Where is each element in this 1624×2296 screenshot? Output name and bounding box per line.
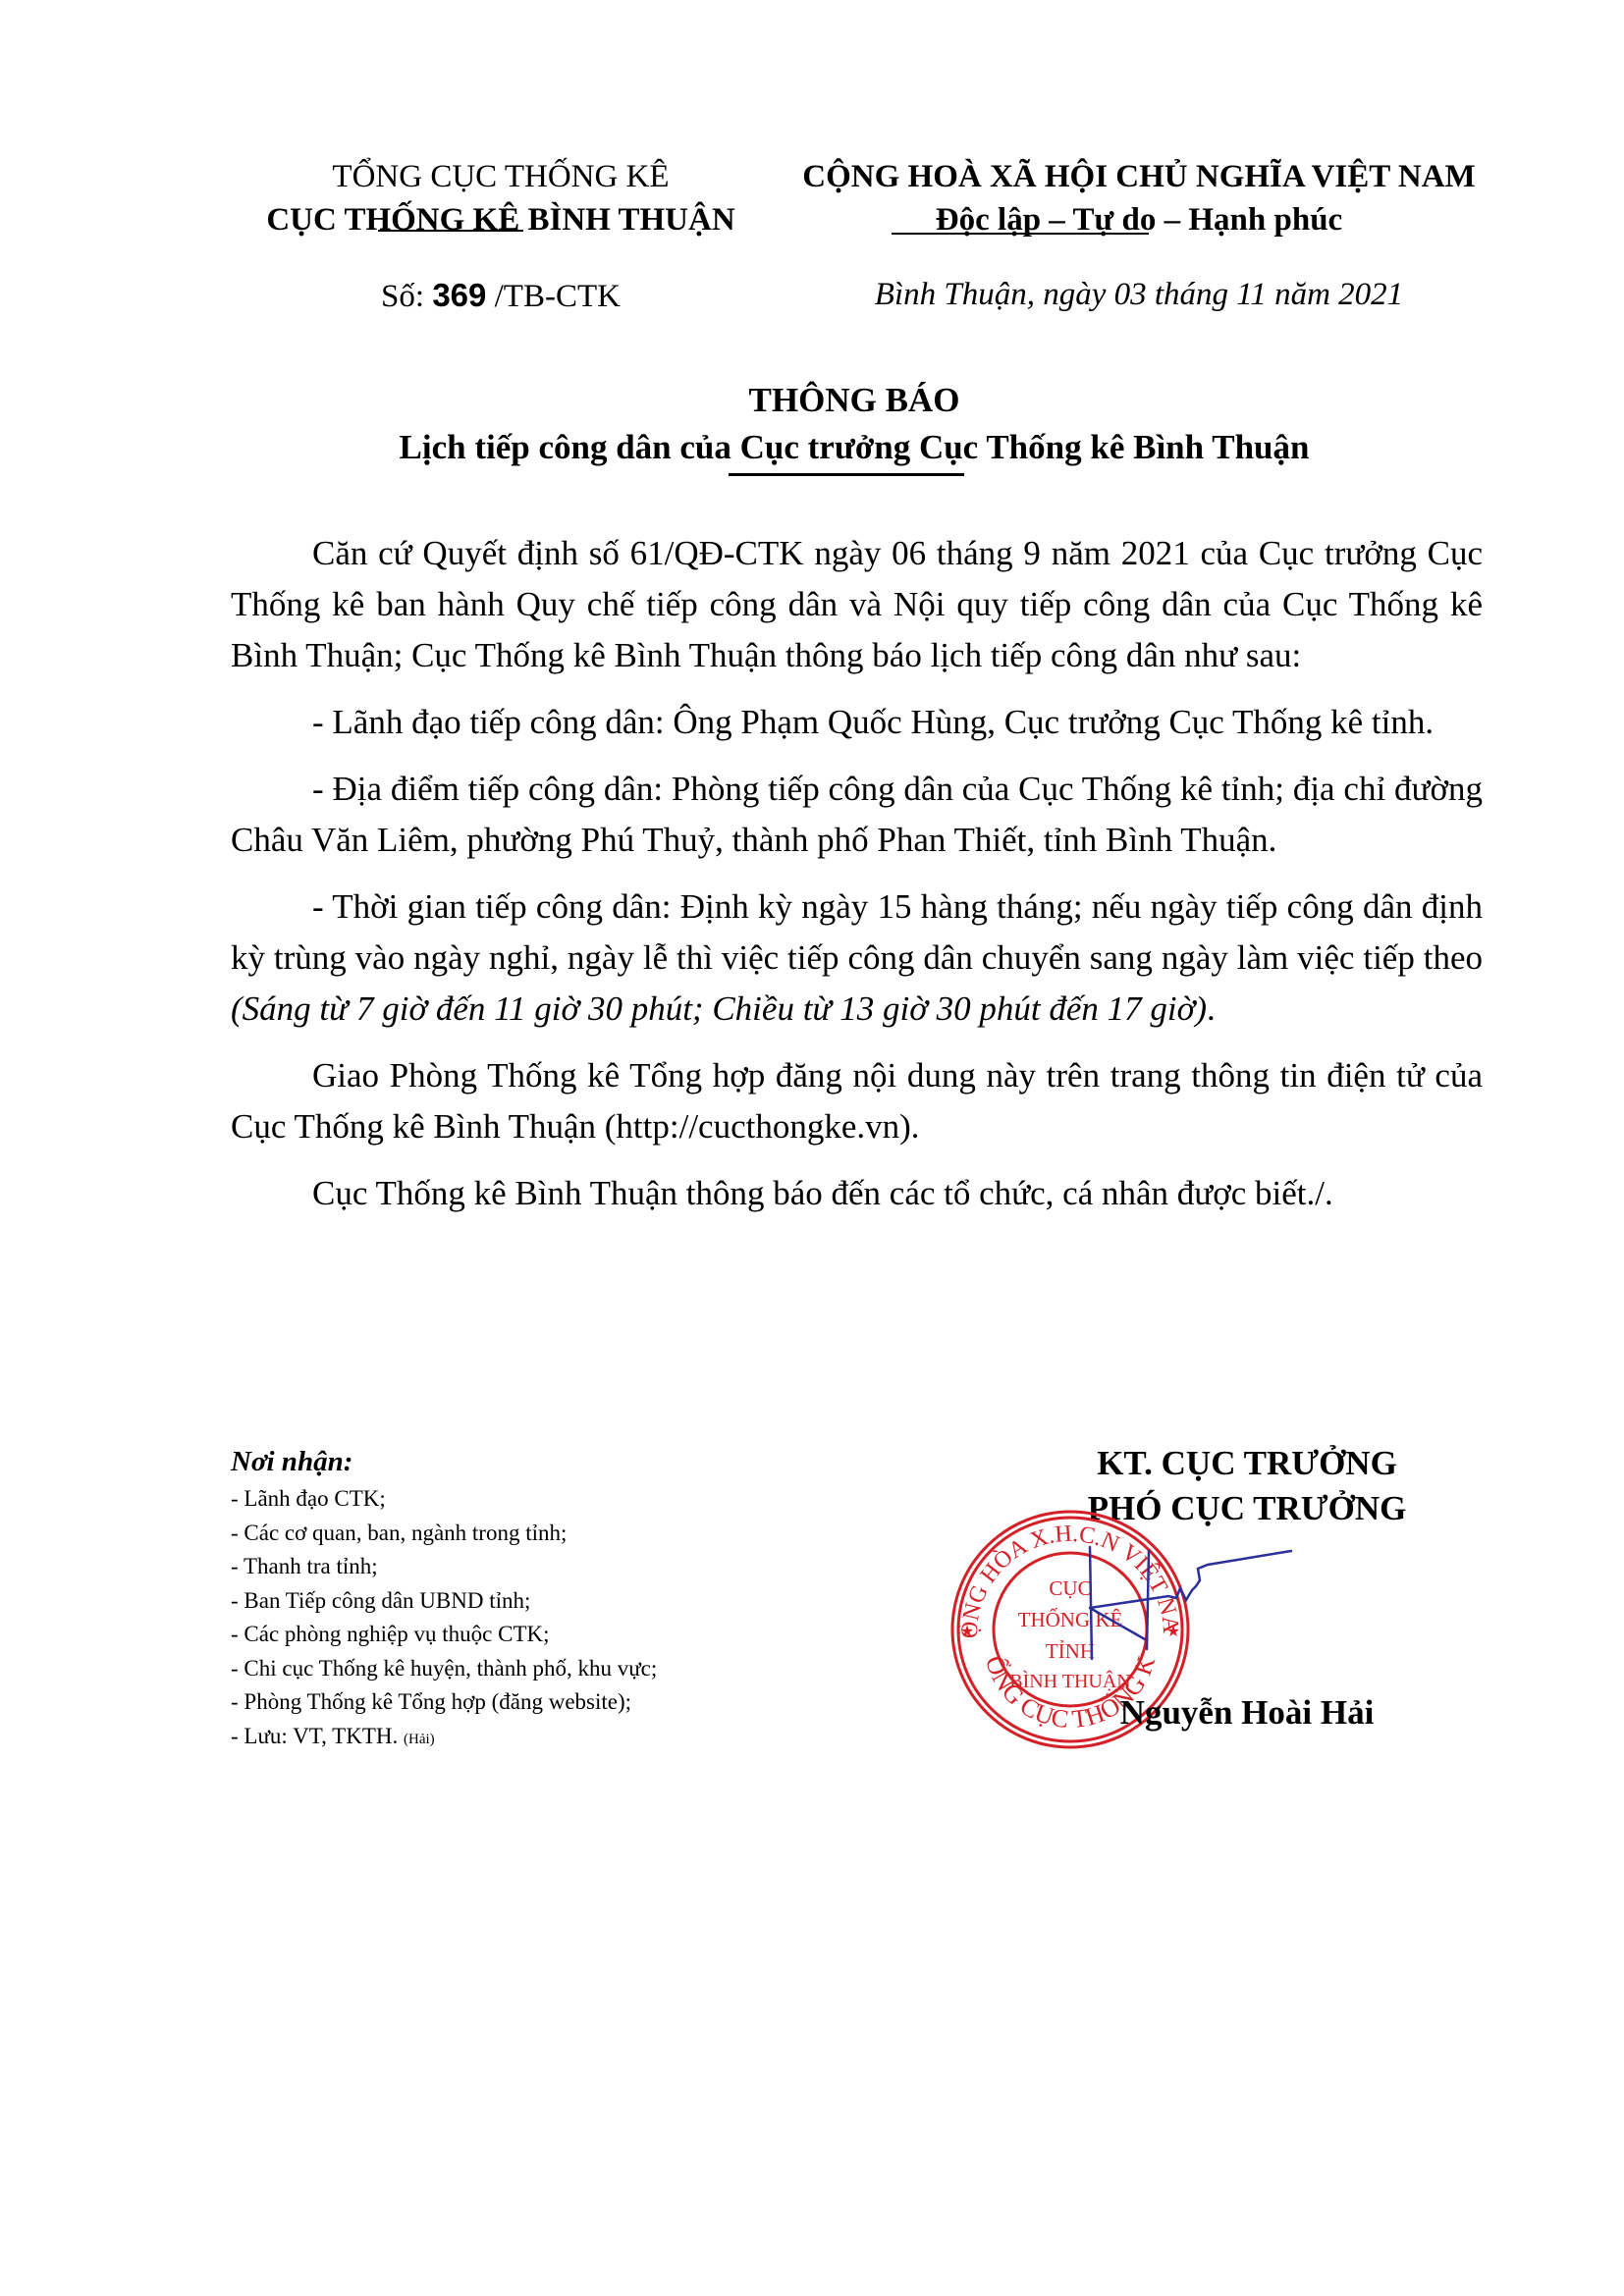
recipient-archive: - Lưu: VT, TKTH. xyxy=(231,1724,398,1748)
document-number: Số: 369 /TB-CTK xyxy=(226,277,776,315)
document-body: Căn cứ Quyết định số 61/QĐ-CTK ngày 06 t… xyxy=(231,528,1483,1235)
recipient-item: - Chi cục Thống kê huyện, thành phố, khu… xyxy=(231,1652,781,1686)
title-underline xyxy=(729,473,964,476)
recipients-block: Nơi nhận: - Lãnh đạo CTK;- Các cơ quan, … xyxy=(231,1441,781,1756)
recipients-title: Nơi nhận: xyxy=(231,1441,781,1482)
recipient-item: - Phòng Thống kê Tổng hợp (đăng website)… xyxy=(231,1685,781,1720)
drafter-note: (Hải) xyxy=(404,1732,435,1747)
issuing-agency-block: TỔNG CỤC THỐNG KÊ CỤC THỐNG KÊ BÌNH THUẬ… xyxy=(226,155,776,241)
recipient-item: - Lưu: VT, TKTH. (Hải) xyxy=(231,1720,781,1757)
national-title-block: CỘNG HOÀ XÃ HỘI CHỦ NGHĨA VIỆT NAM Độc l… xyxy=(766,155,1512,241)
signer-name: Nguyễn Hoài Hải xyxy=(987,1693,1507,1733)
recipient-item: - Các cơ quan, ban, ngành trong tỉnh; xyxy=(231,1517,781,1551)
number-value: 369 xyxy=(432,277,486,313)
handwritten-signature-icon xyxy=(1070,1541,1296,1679)
recipient-item: - Thanh tra tỉnh; xyxy=(231,1550,781,1584)
number-prefix: Số: xyxy=(381,279,424,314)
time-hours: (Sáng từ 7 giờ đến 11 giờ 30 phút; Chiều… xyxy=(231,989,1207,1028)
signature-line-1: KT. CỤC TRƯỞNG xyxy=(987,1441,1507,1486)
body-paragraph-closing: Cục Thống kê Bình Thuận thông báo đến cá… xyxy=(231,1168,1483,1219)
agency-name: CỤC THỐNG KÊ BÌNH THUẬN xyxy=(226,198,776,241)
parent-agency: TỔNG CỤC THỐNG KÊ xyxy=(226,155,776,198)
body-paragraph-location: - Địa điểm tiếp công dân: Phòng tiếp côn… xyxy=(231,764,1483,866)
recipients-list: - Lãnh đạo CTK;- Các cơ quan, ban, ngành… xyxy=(231,1482,781,1720)
body-paragraph-time: - Thời gian tiếp công dân: Định kỳ ngày … xyxy=(231,881,1483,1035)
recipient-item: - Lãnh đạo CTK; xyxy=(231,1482,781,1517)
republic-name: CỘNG HOÀ XÃ HỘI CHỦ NGHĨA VIỆT NAM xyxy=(766,155,1512,198)
motto-underline xyxy=(892,233,1149,235)
document-heading: THÔNG BÁO xyxy=(216,377,1492,424)
recipient-item: - Ban Tiếp công dân UBND tỉnh; xyxy=(231,1584,781,1619)
document-subheading: Lịch tiếp công dân của Cục trưởng Cục Th… xyxy=(216,424,1492,471)
time-end: . xyxy=(1207,989,1216,1028)
body-paragraph-leader: - Lãnh đạo tiếp công dân: Ông Phạm Quốc … xyxy=(231,697,1483,748)
national-motto: Độc lập – Tự do – Hạnh phúc xyxy=(766,198,1512,241)
recipient-item: - Các phòng nghiệp vụ thuộc CTK; xyxy=(231,1618,781,1652)
place-date: Bình Thuận, ngày 03 tháng 11 năm 2021 xyxy=(766,277,1512,313)
body-paragraph-publish: Giao Phòng Thống kê Tổng hợp đăng nội du… xyxy=(231,1050,1483,1152)
svg-text:★: ★ xyxy=(960,1624,974,1640)
document-title-block: THÔNG BÁO Lịch tiếp công dân của Cục trư… xyxy=(216,377,1492,471)
body-paragraph-basis: Căn cứ Quyết định số 61/QĐ-CTK ngày 06 t… xyxy=(231,528,1483,681)
number-suffix: /TB-CTK xyxy=(495,279,621,314)
agency-underline xyxy=(378,230,523,232)
time-text: - Thời gian tiếp công dân: Định kỳ ngày … xyxy=(231,887,1483,977)
